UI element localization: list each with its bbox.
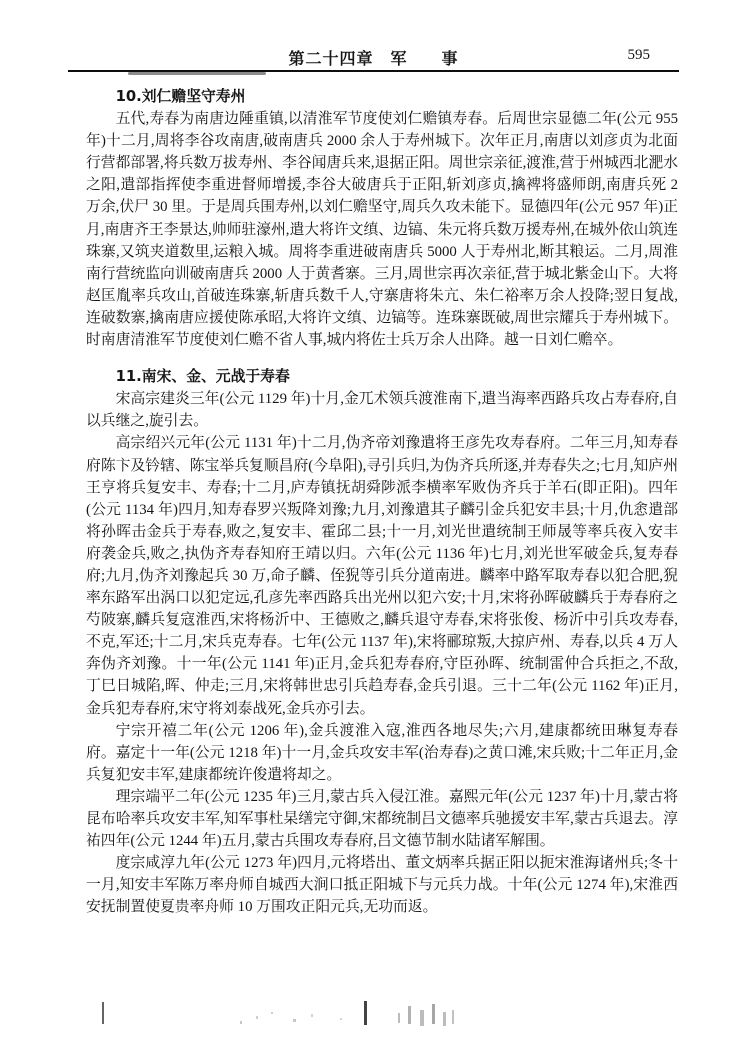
page-number: 595 — [628, 47, 651, 64]
paragraph: 高宗绍兴元年(公元 1131 年)十二月,伪齐帝刘豫遣将王彦先攻寿春府。二年三月… — [86, 432, 678, 719]
scan-artifact — [432, 1004, 435, 1024]
scan-artifact — [293, 1019, 296, 1022]
scan-artifact — [240, 1021, 242, 1024]
scan-artifact — [271, 1012, 273, 1014]
scan-artifact — [443, 1012, 446, 1026]
scan-artifact — [398, 1013, 400, 1023]
paragraph: 宋高宗建炎三年(公元 1129 年)十月,金兀术领兵渡淮南下,遣当海率西路兵攻占… — [86, 388, 678, 432]
section-heading: 10.刘仁赡坚守寿州 — [86, 86, 678, 108]
scan-artifact — [128, 72, 266, 75]
paragraph: 理宗端平二年(公元 1235 年)三月,蒙古兵入侵江淮。嘉熙元年(公元 1237… — [86, 786, 678, 852]
page-content: 10.刘仁赡坚守寿州 五代,寿春为南唐边陲重镇,以清淮军节度使刘仁赡镇寿春。后周… — [86, 86, 678, 918]
paragraph: 五代,寿春为南唐边陲重镇,以清淮军节度使刘仁赡镇寿春。后周世宗显德二年(公元 9… — [86, 108, 678, 351]
paragraph: 宁宗开禧二年(公元 1206 年),金兵渡淮入寇,淮西各地尽失;六月,建康都统田… — [86, 720, 678, 786]
section-heading: 11.南宋、金、元战于寿春 — [86, 366, 678, 388]
section-10: 10.刘仁赡坚守寿州 五代,寿春为南唐边陲重镇,以清淮军节度使刘仁赡镇寿春。后周… — [86, 86, 678, 351]
scan-artifact — [102, 1002, 104, 1024]
scan-artifact — [420, 1010, 424, 1026]
scan-artifact — [340, 1018, 342, 1020]
book-page: 第二十四章 军 事 595 10.刘仁赡坚守寿州 五代,寿春为南唐边陲重镇,以清… — [0, 0, 747, 1046]
scan-artifact — [311, 1014, 313, 1017]
paragraph: 度宗咸淳九年(公元 1273 年)四月,元将塔出、董文炳率兵据正阳以扼宋淮海诸州… — [86, 852, 678, 918]
scan-artifact — [256, 1016, 258, 1019]
scan-artifact — [364, 1001, 367, 1025]
scan-artifact — [452, 1010, 454, 1024]
section-11: 11.南宋、金、元战于寿春 宋高宗建炎三年(公元 1129 年)十月,金兀术领兵… — [86, 366, 678, 918]
scan-artifact — [408, 1006, 411, 1024]
